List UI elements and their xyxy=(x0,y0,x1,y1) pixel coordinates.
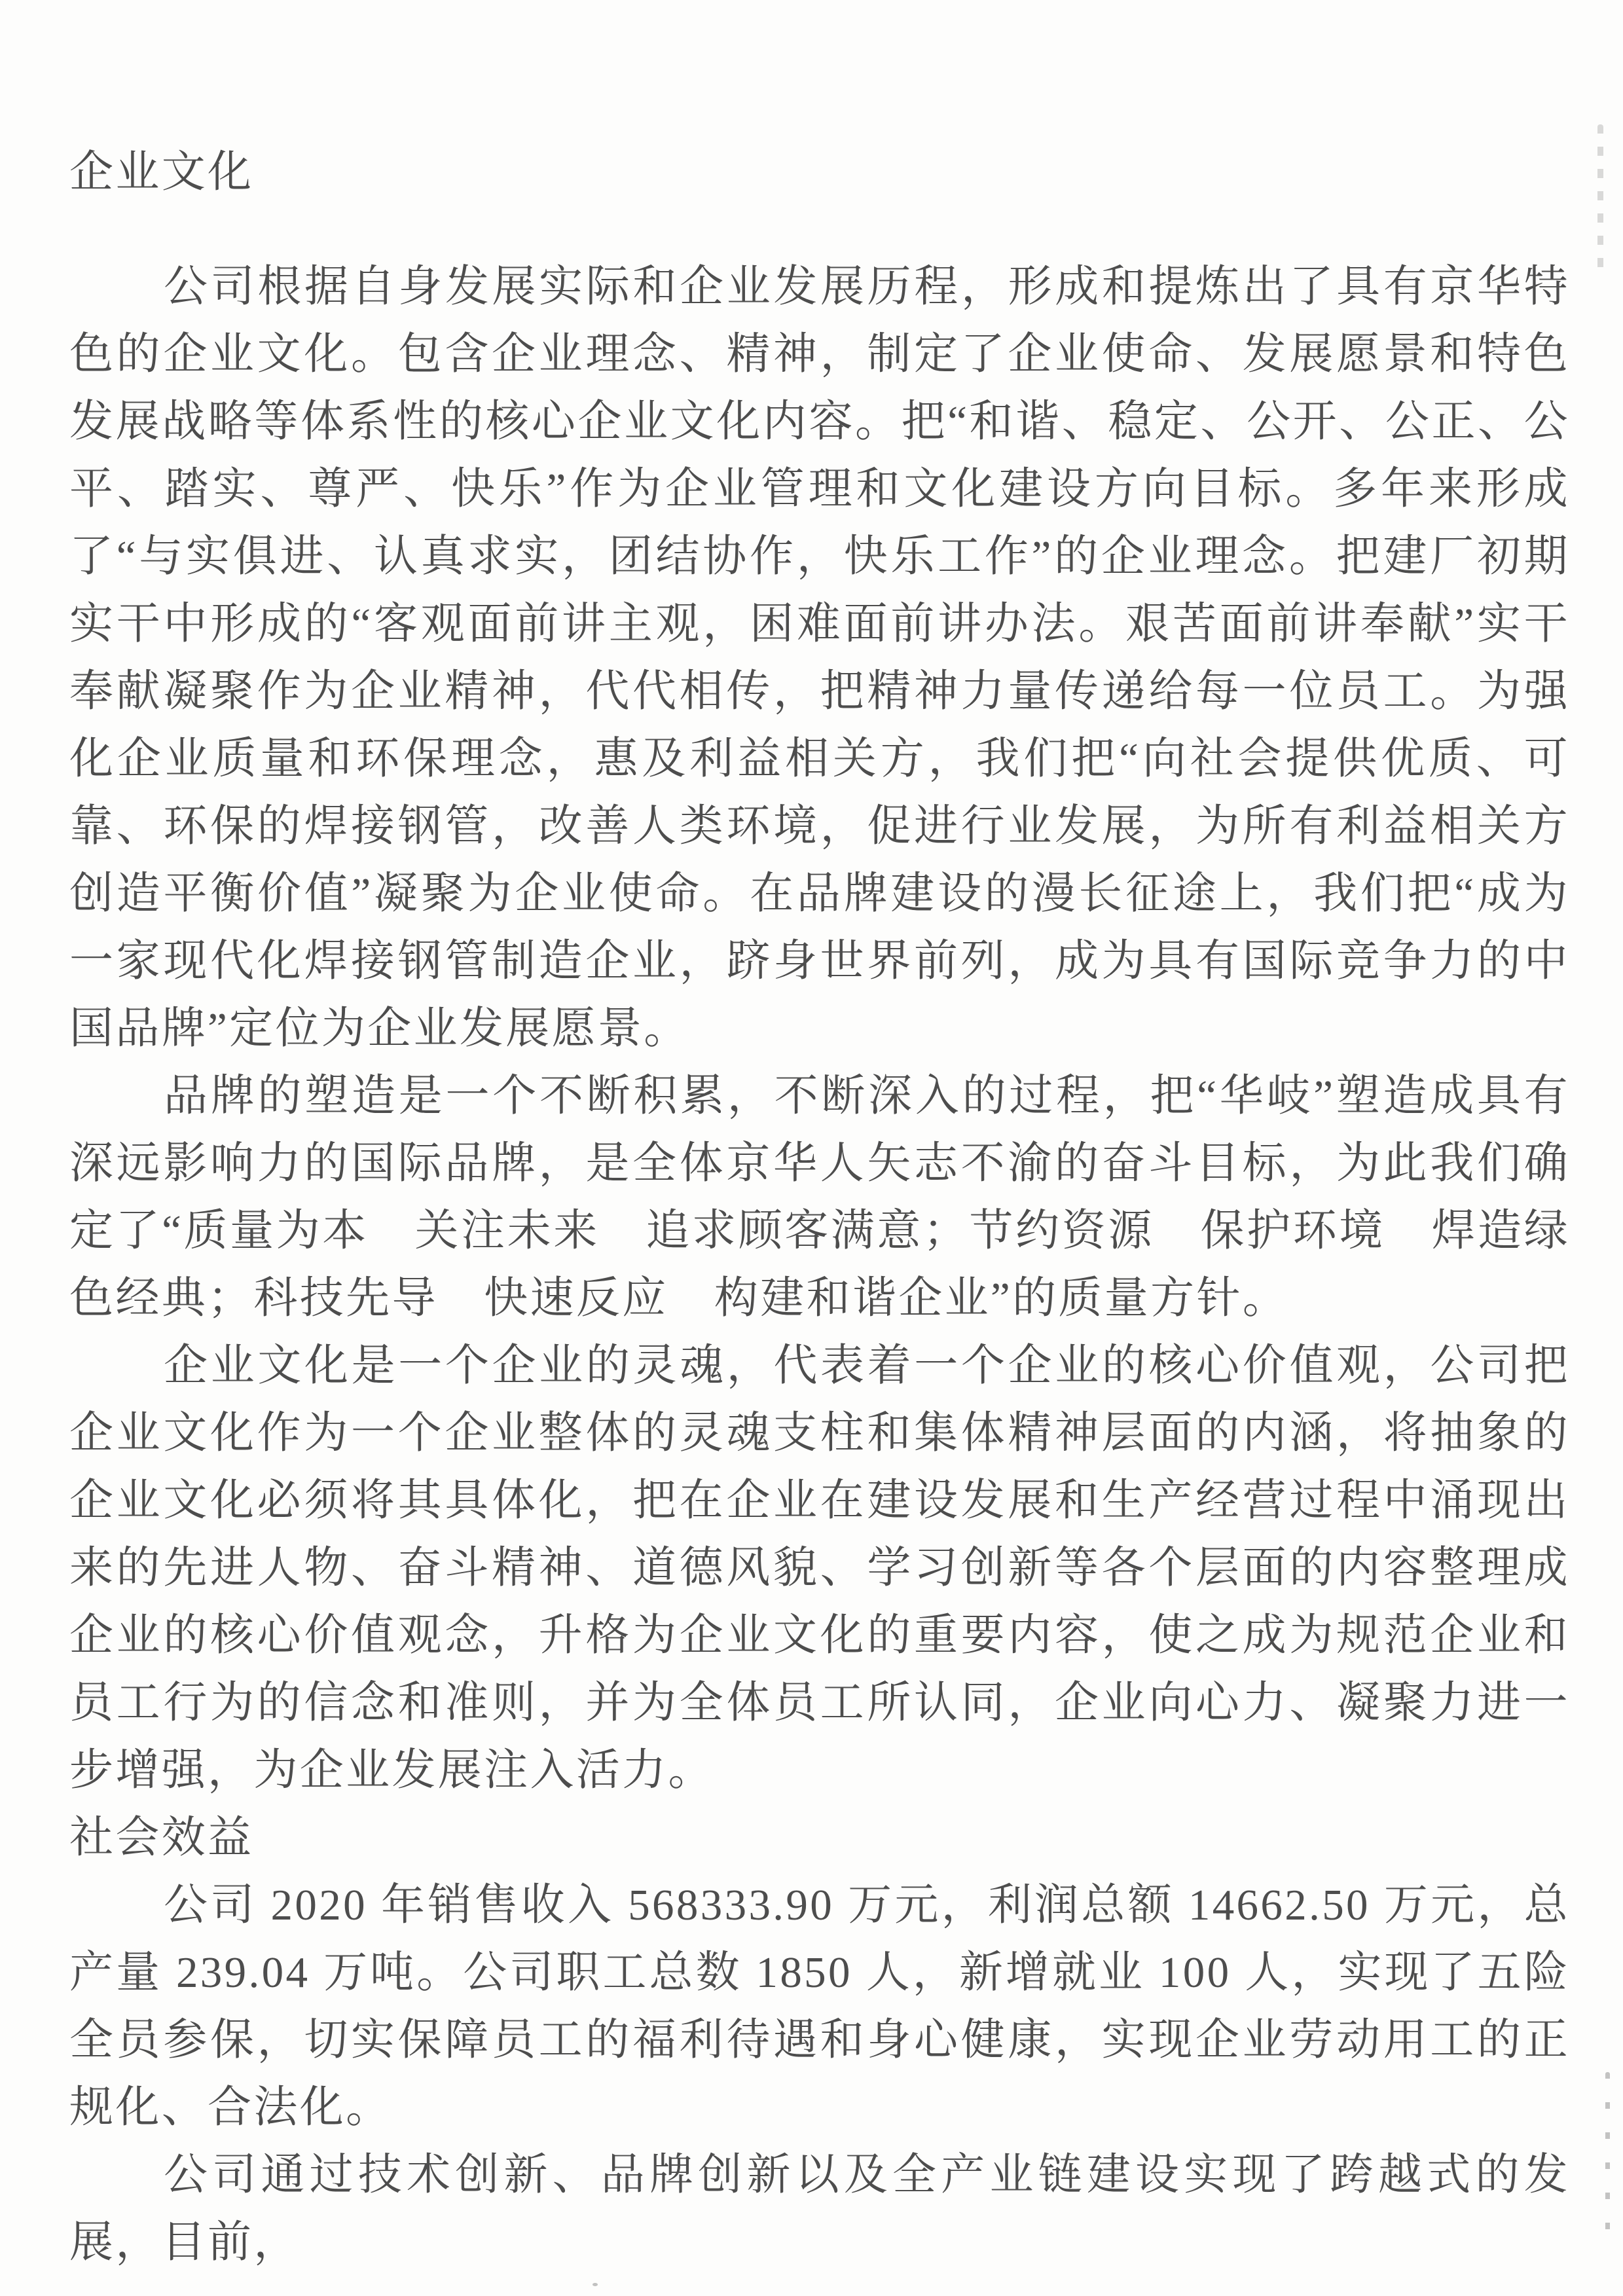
section-heading-corporate-culture: 企业文化 xyxy=(69,139,1570,206)
paragraph-culture-overview: 公司根据自身发展实际和企业发展历程，形成和提炼出了具有京华特色的企业文化。包含企… xyxy=(69,253,1570,1063)
section-heading-social-benefit: 社会效益 xyxy=(69,1804,1570,1872)
scan-artifact-bottom-right xyxy=(1605,2072,1610,2242)
paragraph-culture-soul: 企业文化是一个企业的灵魂，代表着一个企业的核心价值观，公司把企业文化作为一个企业… xyxy=(69,1332,1570,1804)
paragraph-brand-building: 品牌的塑造是一个不断积累，不断深入的过程，把“华岐”塑造成具有深远影响力的国际品… xyxy=(69,1063,1570,1332)
scan-artifact-top-right xyxy=(1597,124,1603,278)
paragraph-financials: 公司 2020 年销售收入 568333.90 万元，利润总额 14662.50… xyxy=(69,1872,1570,2141)
paragraph-innovation-development: 公司通过技术创新、品牌创新以及全产业链建设实现了跨越式的发展，目前， xyxy=(69,2141,1570,2276)
document-content: 企业文化 公司根据自身发展实际和企业发展历程，形成和提炼出了具有京华特色的企业文… xyxy=(69,139,1570,2276)
document-page: 企业文化 公司根据自身发展实际和企业发展历程，形成和提炼出了具有京华特色的企业文… xyxy=(0,0,1623,2296)
scan-artifact-speck xyxy=(593,2283,598,2286)
